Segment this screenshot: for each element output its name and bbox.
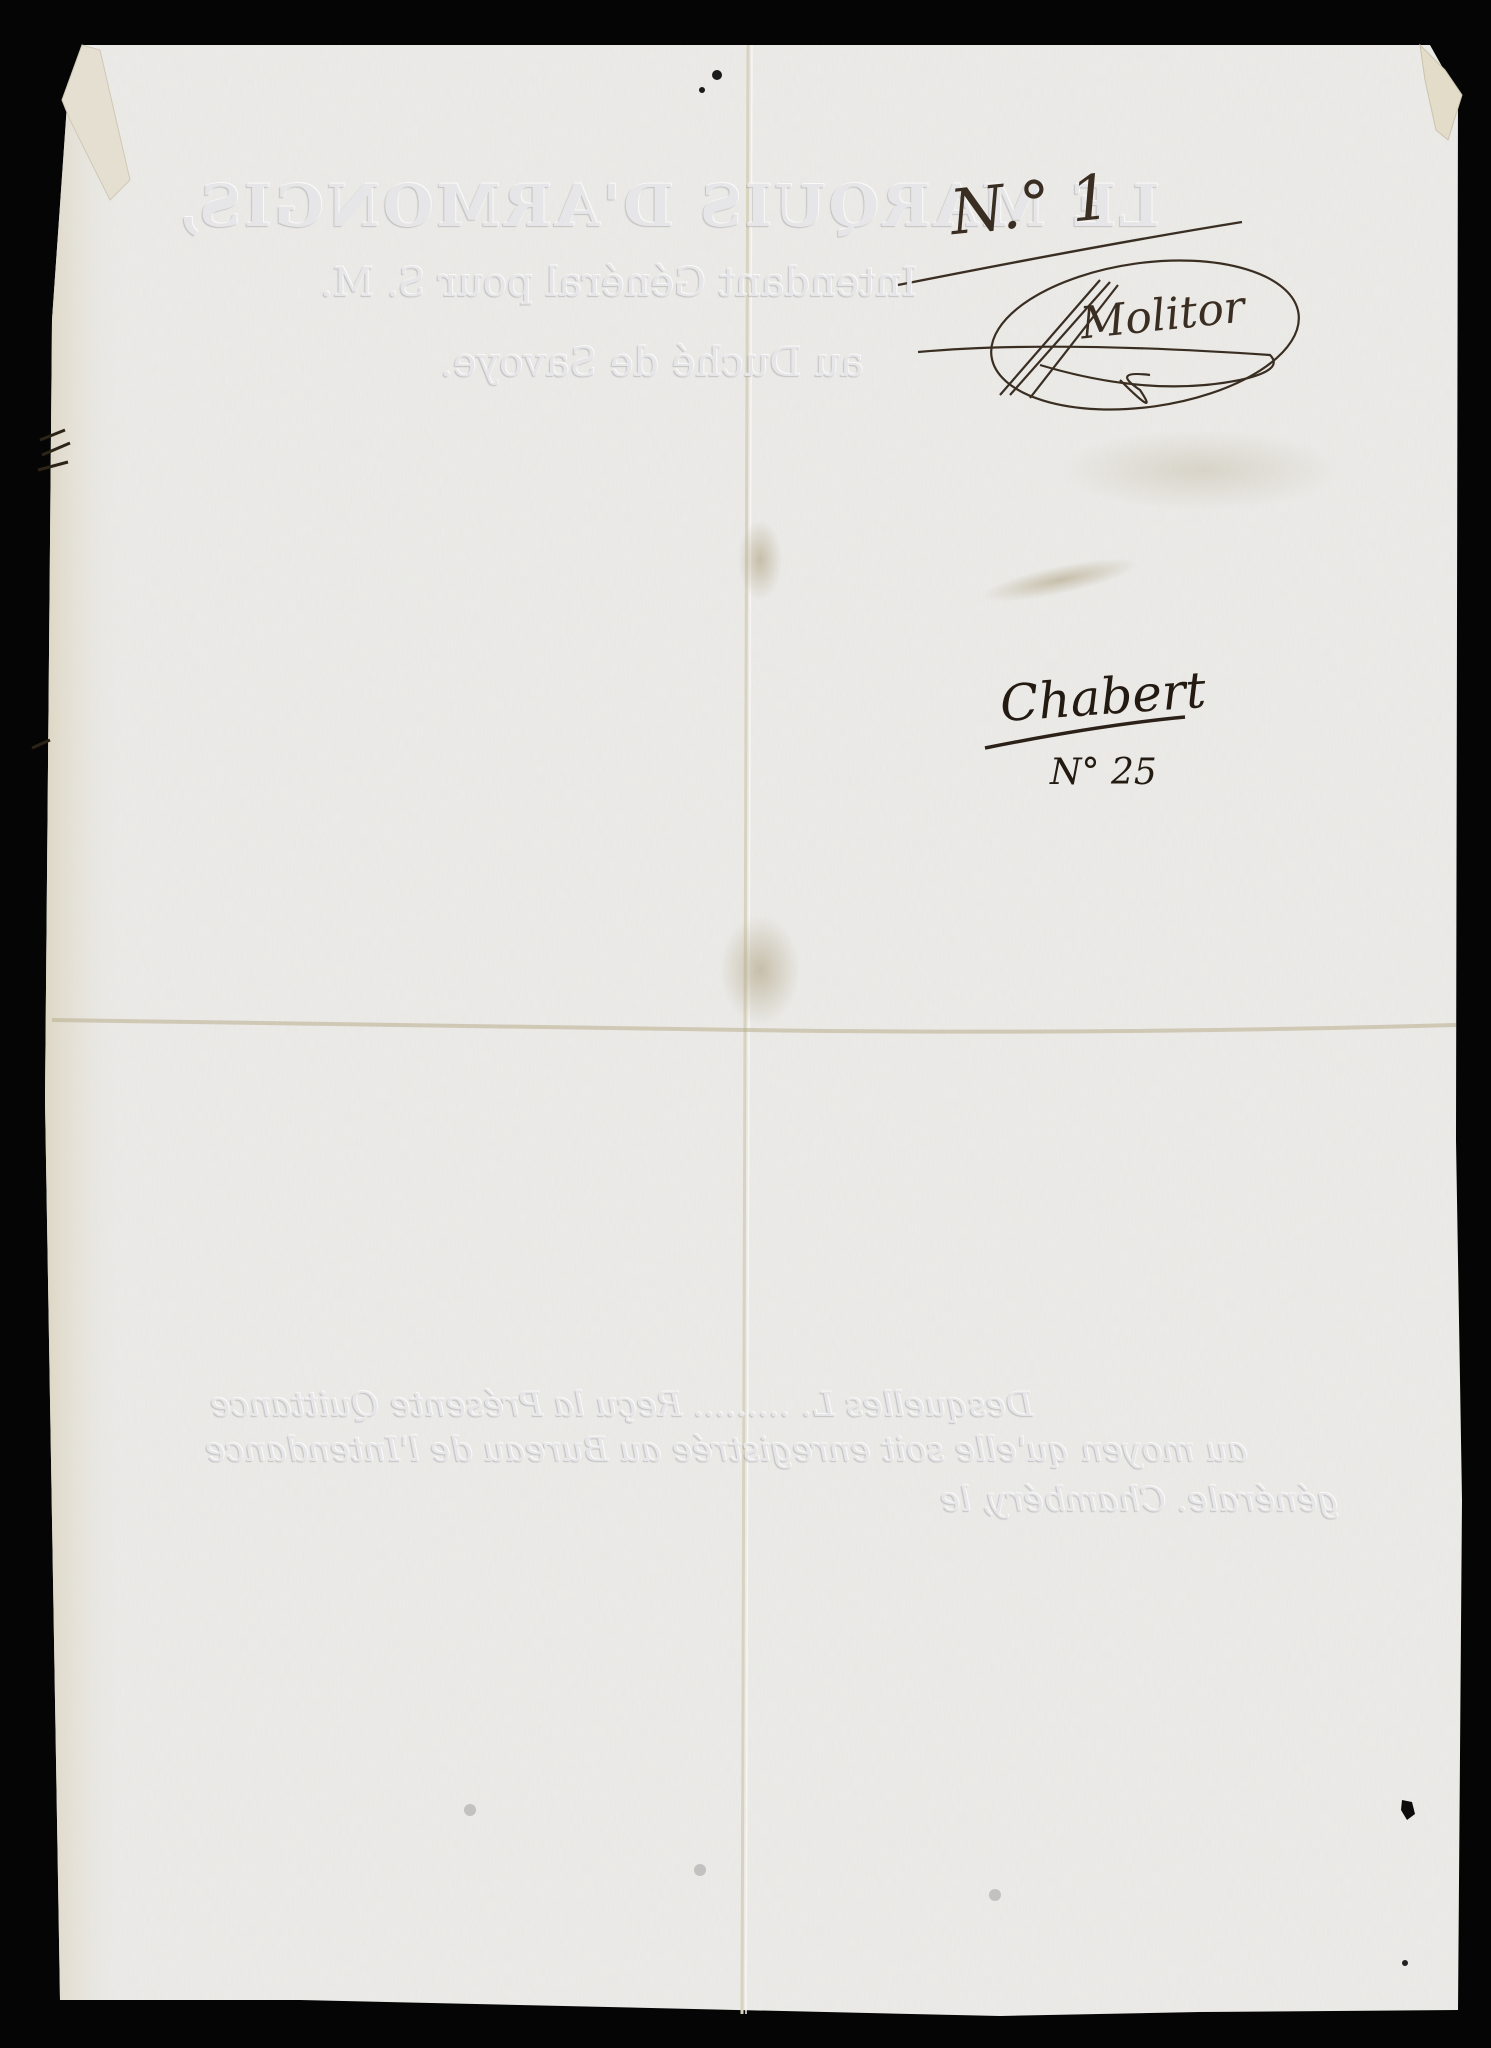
show-through-footer-line-1: Desquelles L. ......... Reçu la Présente… [210,1385,1033,1425]
show-through-footer-line-3: générale. Chambéry, le [940,1480,1339,1520]
show-through-header-line-3: au Duché de Savoye. [440,340,864,386]
document-sheet: LE MARQUIS D'ARMONGIS, Intendant Général… [0,0,1491,2048]
show-through-footer-line-2: au moyen qu'elle soit enregistrée au Bur… [205,1430,1247,1470]
paper-shape [0,0,1491,2048]
show-through-header-line-2: Intendant Général pour S. M. [320,260,917,306]
chabert-number: N° 25 [1050,752,1157,793]
